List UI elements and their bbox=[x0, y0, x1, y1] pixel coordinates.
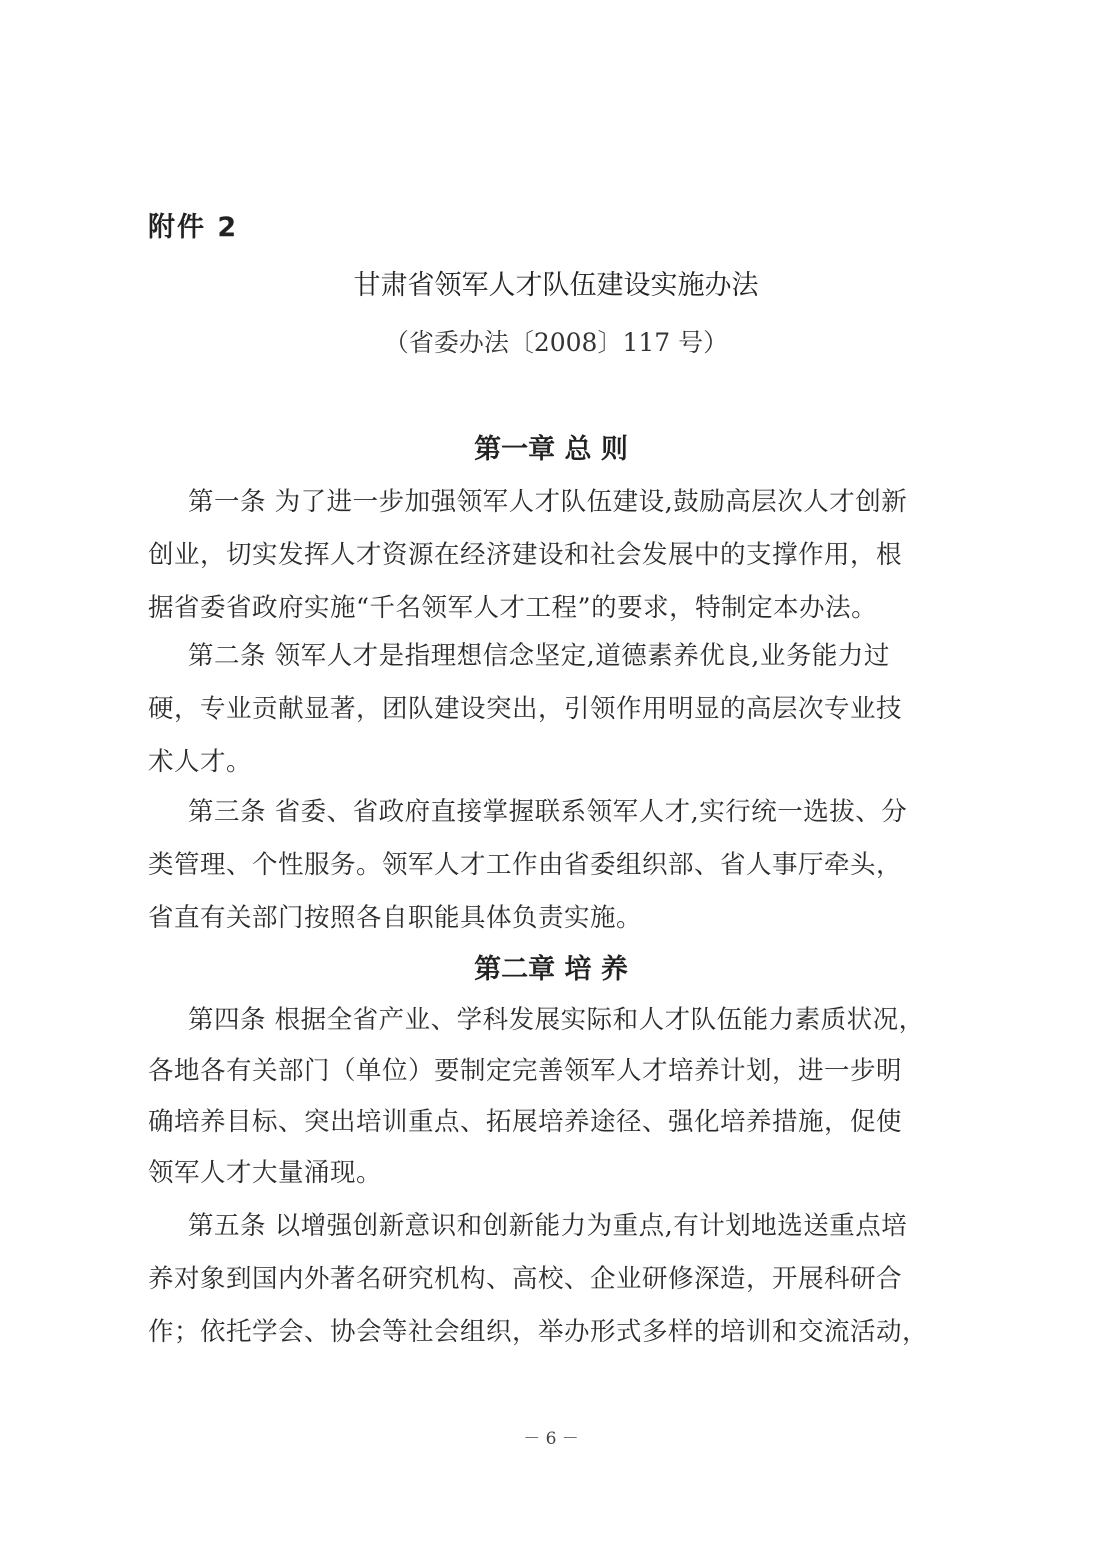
article-line: 据省委省政府实施“千名领军人才工程”的要求，特制定本办法。 bbox=[148, 588, 877, 624]
article-line: 养对象到国内外著名研究机构、高校、企业研修深造，开展科研合 bbox=[148, 1259, 902, 1295]
attachment-label: 附件 2 bbox=[148, 205, 238, 244]
article-line: 确培养目标、突出培训重点、拓展培养途径、强化培养措施，促使 bbox=[148, 1102, 902, 1138]
document-title: 甘肃省领军人才队伍建设实施办法 bbox=[0, 263, 1102, 302]
article-line: 第五条 以增强创新意识和创新能力为重点,有计划地选送重点培 bbox=[188, 1206, 907, 1242]
article-line: 创业，切实发挥人才资源在经济建设和社会发展中的支撑作用，根 bbox=[148, 535, 902, 571]
article-line: 硬，专业贡献显著，团队建设突出，引领作用明显的高层次专业技 bbox=[148, 689, 902, 725]
article-line: 第三条 省委、省政府直接掌握联系领军人才,实行统一选拔、分 bbox=[188, 792, 907, 828]
article-line: 类管理、个性服务。领军人才工作由省委组织部、省人事厅牵头， bbox=[148, 845, 902, 881]
document-page: 附件 2 甘肃省领军人才队伍建设实施办法 （省委办法〔2008〕117 号） 第… bbox=[0, 0, 1102, 1559]
article-line: 省直有关部门按照各自职能具体负责实施。 bbox=[148, 898, 642, 934]
article-line: 各地各有关部门（单位）要制定完善领军人才培养计划，进一步明 bbox=[148, 1051, 902, 1087]
article-line: 第四条 根据全省产业、学科发展实际和人才队伍能力素质状况， bbox=[188, 1000, 925, 1036]
document-number: （省委办法〔2008〕117 号） bbox=[0, 323, 1102, 359]
chapter-heading: 第二章 培 养 bbox=[0, 947, 1102, 986]
page-number: － 6 － bbox=[0, 1424, 1102, 1449]
article-line: 领军人才大量涌现。 bbox=[148, 1153, 382, 1189]
article-line: 第一条 为了进一步加强领军人才队伍建设,鼓励高层次人才创新 bbox=[188, 482, 907, 518]
article-line: 作；依托学会、协会等社会组织，举办形式多样的培训和交流活动， bbox=[148, 1312, 928, 1348]
chapter-heading: 第一章 总 则 bbox=[0, 427, 1102, 466]
article-line: 术人才。 bbox=[148, 742, 252, 778]
article-line: 第二条 领军人才是指理想信念坚定,道德素养优良,业务能力过 bbox=[188, 636, 890, 672]
